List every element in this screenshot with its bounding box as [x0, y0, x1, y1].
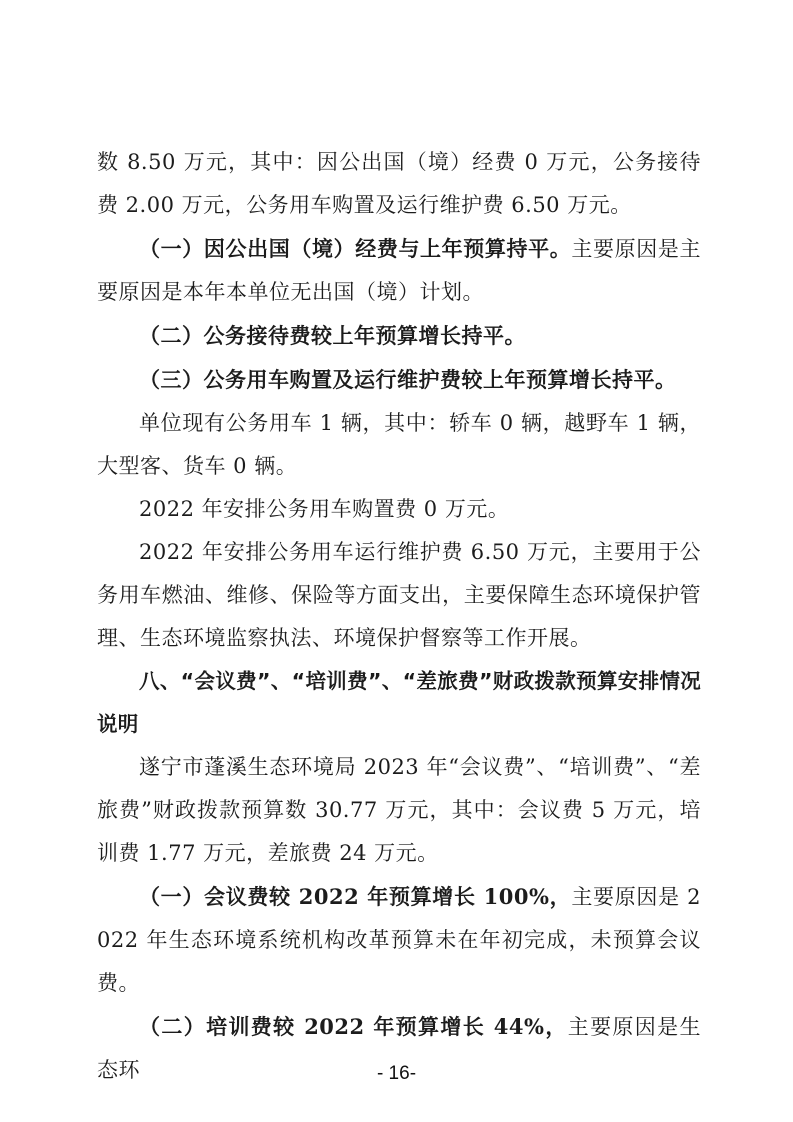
page-footer: - 16- — [0, 1063, 793, 1085]
body-text: 遂宁市蓬溪生态环境局 2023 年“会议费”、“培训费”、“差旅费”财政拨款预算… — [97, 755, 701, 865]
paragraph: （一）因公出国（境）经费与上年预算持平。主要原因是主要原因是本年本单位无出国（境… — [97, 227, 701, 314]
document-body: 数 8.50 万元，其中：因公出国（境）经费 0 万元，公务接待费 2.00 万… — [97, 141, 701, 1092]
paragraph: 单位现有公务用车 1 辆，其中：轿车 0 辆，越野车 1 辆，大型客、货车 0 … — [97, 402, 701, 488]
paragraph: （一）会议费较 2022 年预算增长 100%，主要原因是 2022 年生态环境… — [97, 875, 701, 1005]
page-number: - 16- — [377, 1063, 416, 1084]
paragraph: （三）公务用车购置及运行维护费较上年预算增长持平。 — [97, 358, 701, 402]
paragraph: 2022 年安排公务用车购置费 0 万元。 — [97, 488, 701, 531]
emphasis-text: （一）会议费较 2022 年预算增长 100%， — [139, 884, 571, 909]
emphasis-text: （二）公务接待费较上年预算增长持平。 — [139, 323, 526, 348]
body-text: 数 8.50 万元，其中：因公出国（境）经费 0 万元，公务接待费 2.00 万… — [97, 150, 701, 217]
paragraph: 2022 年安排公务用车运行维护费 6.50 万元，主要用于公务用车燃油、维修、… — [97, 531, 701, 660]
body-text: 2022 年安排公务用车运行维护费 6.50 万元，主要用于公务用车燃油、维修、… — [97, 540, 701, 650]
emphasis-text: 八、“会议费”、“培训费”、“差旅费”财政拨款预算安排情况说明 — [97, 669, 701, 736]
emphasis-text: （二）培训费较 2022 年预算增长 44%， — [139, 1014, 568, 1039]
paragraph: 遂宁市蓬溪生态环境局 2023 年“会议费”、“培训费”、“差旅费”财政拨款预算… — [97, 746, 701, 875]
document-page: 数 8.50 万元，其中：因公出国（境）经费 0 万元，公务接待费 2.00 万… — [0, 0, 793, 1122]
body-text: 单位现有公务用车 1 辆，其中：轿车 0 辆，越野车 1 辆，大型客、货车 0 … — [97, 411, 701, 478]
body-text: 2022 年安排公务用车购置费 0 万元。 — [139, 497, 509, 521]
emphasis-text: （三）公务用车购置及运行维护费较上年预算增长持平。 — [139, 367, 677, 392]
section-heading: 八、“会议费”、“培训费”、“差旅费”财政拨款预算安排情况说明 — [97, 660, 701, 746]
emphasis-text: （一）因公出国（境）经费与上年预算持平。 — [139, 236, 571, 261]
paragraph: （二）公务接待费较上年预算增长持平。 — [97, 314, 701, 358]
paragraph: 数 8.50 万元，其中：因公出国（境）经费 0 万元，公务接待费 2.00 万… — [97, 141, 701, 227]
